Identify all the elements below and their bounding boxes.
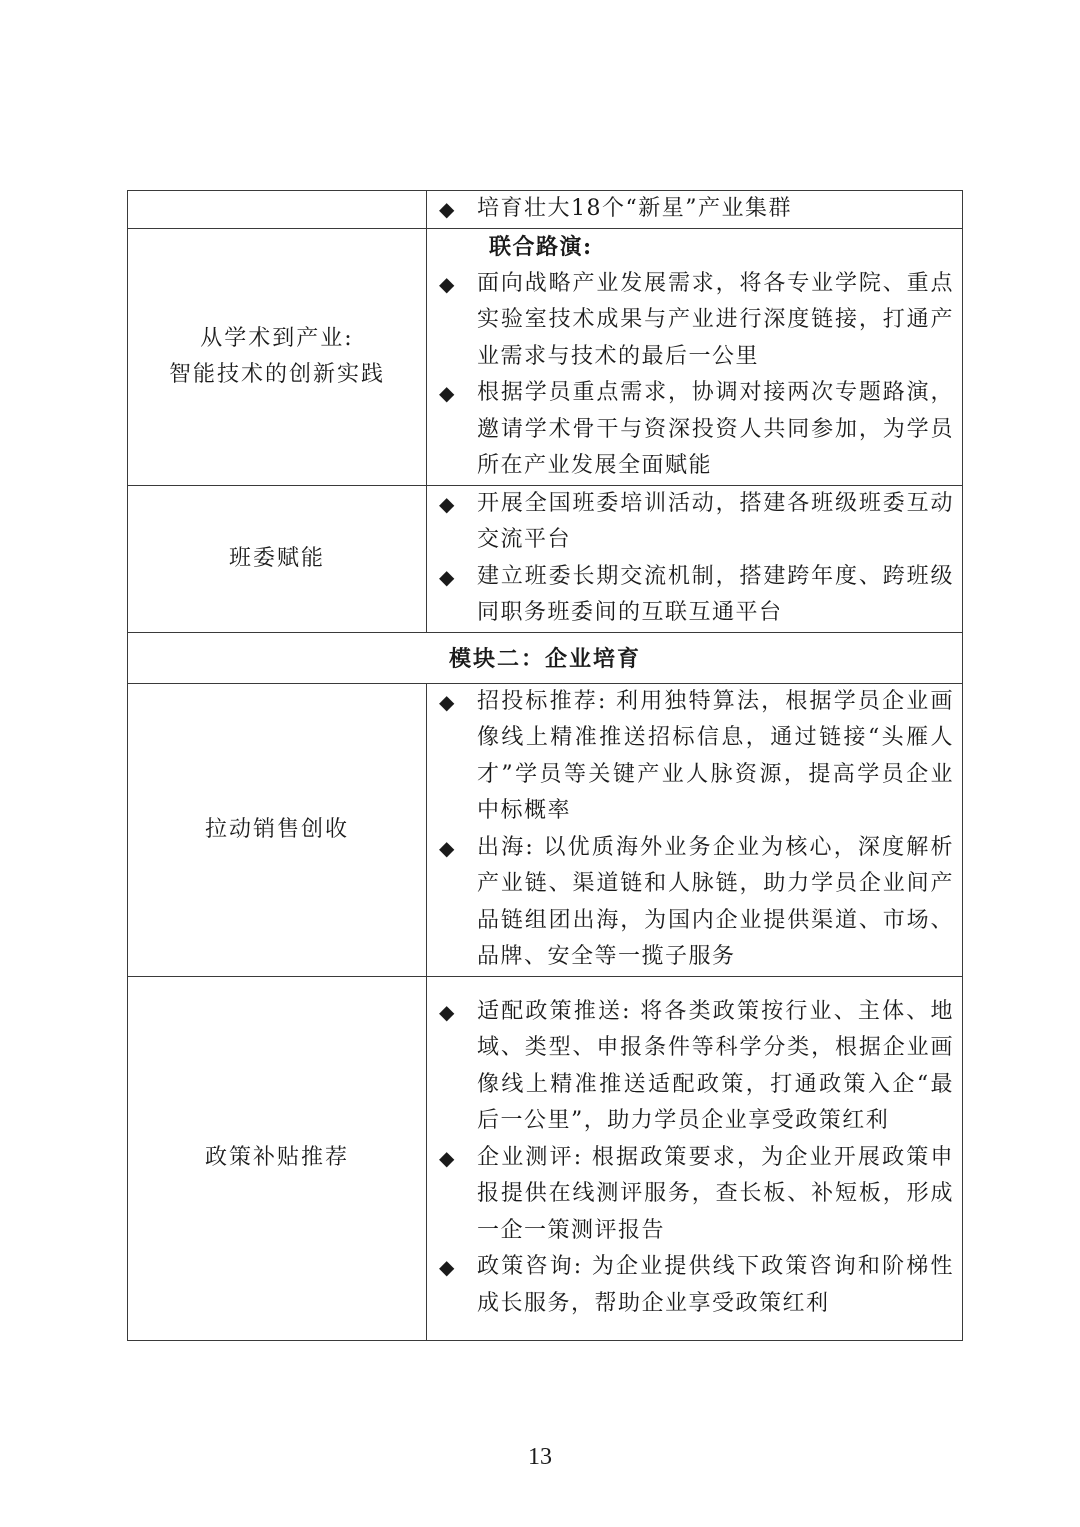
section-title: 模块二：企业培育 (128, 632, 963, 683)
diamond-bullet-icon: ◆ (439, 1249, 477, 1286)
bullet-item: ◆ 企业测评: 根据政策要求，为企业开展政策申报提供在线测评服务，查长板、补短板… (439, 1140, 954, 1250)
diamond-bullet-icon: ◆ (439, 1140, 477, 1177)
diamond-bullet-icon: ◆ (439, 486, 477, 523)
diamond-bullet-icon: ◆ (439, 266, 477, 303)
diamond-bullet-icon: ◆ (439, 191, 477, 228)
bullet-item: ◆ 面向战略产业发展需求，将各专业学院、重点实验室技术成果与产业进行深度链接，打… (439, 266, 954, 376)
bullet-item: ◆ 建立班委长期交流机制，搭建跨年度、跨班级同职务班委间的互联互通平台 (439, 559, 954, 632)
diamond-bullet-icon: ◆ (439, 559, 477, 596)
diamond-bullet-icon: ◆ (439, 684, 477, 721)
table-row: ◆ 培育壮大18个“新星”产业集群 (128, 191, 963, 229)
subheading: 联合路演: (439, 229, 954, 266)
row-label: 班委赋能 (128, 485, 427, 632)
table-row: 从学术到产业: 智能技术的创新实践 联合路演: ◆ 面向战略产业发展需求，将各专… (128, 229, 963, 486)
diamond-bullet-icon: ◆ (439, 830, 477, 867)
bullet-item: ◆ 开展全国班委培训活动，搭建各班级班委互动交流平台 (439, 486, 954, 559)
program-table: ◆ 培育壮大18个“新星”产业集群 从学术到产业: 智能技术的创新实践 联合路演… (127, 190, 963, 1341)
bullet-item: ◆ 政策咨询: 为企业提供线下政策咨询和阶梯性成长服务，帮助企业享受政策红利 (439, 1249, 954, 1322)
bullet-item: ◆ 适配政策推送: 将各类政策按行业、主体、地域、类型、申报条件等科学分类，根据… (439, 994, 954, 1140)
bullet-item: ◆ 根据学员重点需求，协调对接两次专题路演，邀请学术骨干与资深投资人共同参加，为… (439, 375, 954, 485)
bullet-item: ◆ 出海: 以优质海外业务企业为核心，深度解析产业链、渠道链和人脉链，助力学员企… (439, 830, 954, 976)
table-row: 拉动销售创收 ◆ 招投标推荐: 利用独特算法，根据学员企业画像线上精准推送招标信… (128, 683, 963, 976)
table-row: 班委赋能 ◆ 开展全国班委培训活动，搭建各班级班委互动交流平台 ◆ 建立班委长期… (128, 485, 963, 632)
row-label: 拉动销售创收 (128, 683, 427, 976)
diamond-bullet-icon: ◆ (439, 375, 477, 412)
page-number: 13 (0, 1444, 1080, 1471)
bullet-item: ◆ 培育壮大18个“新星”产业集群 (439, 191, 954, 228)
diamond-bullet-icon: ◆ (439, 994, 477, 1031)
row-label: 政策补贴推荐 (128, 976, 427, 1340)
table-row: 政策补贴推荐 ◆ 适配政策推送: 将各类政策按行业、主体、地域、类型、申报条件等… (128, 976, 963, 1340)
row-label (128, 191, 427, 229)
section-header-row: 模块二：企业培育 (128, 632, 963, 683)
row-label: 从学术到产业: 智能技术的创新实践 (128, 229, 427, 486)
bullet-item: ◆ 招投标推荐: 利用独特算法，根据学员企业画像线上精准推送招标信息，通过链接“… (439, 684, 954, 830)
